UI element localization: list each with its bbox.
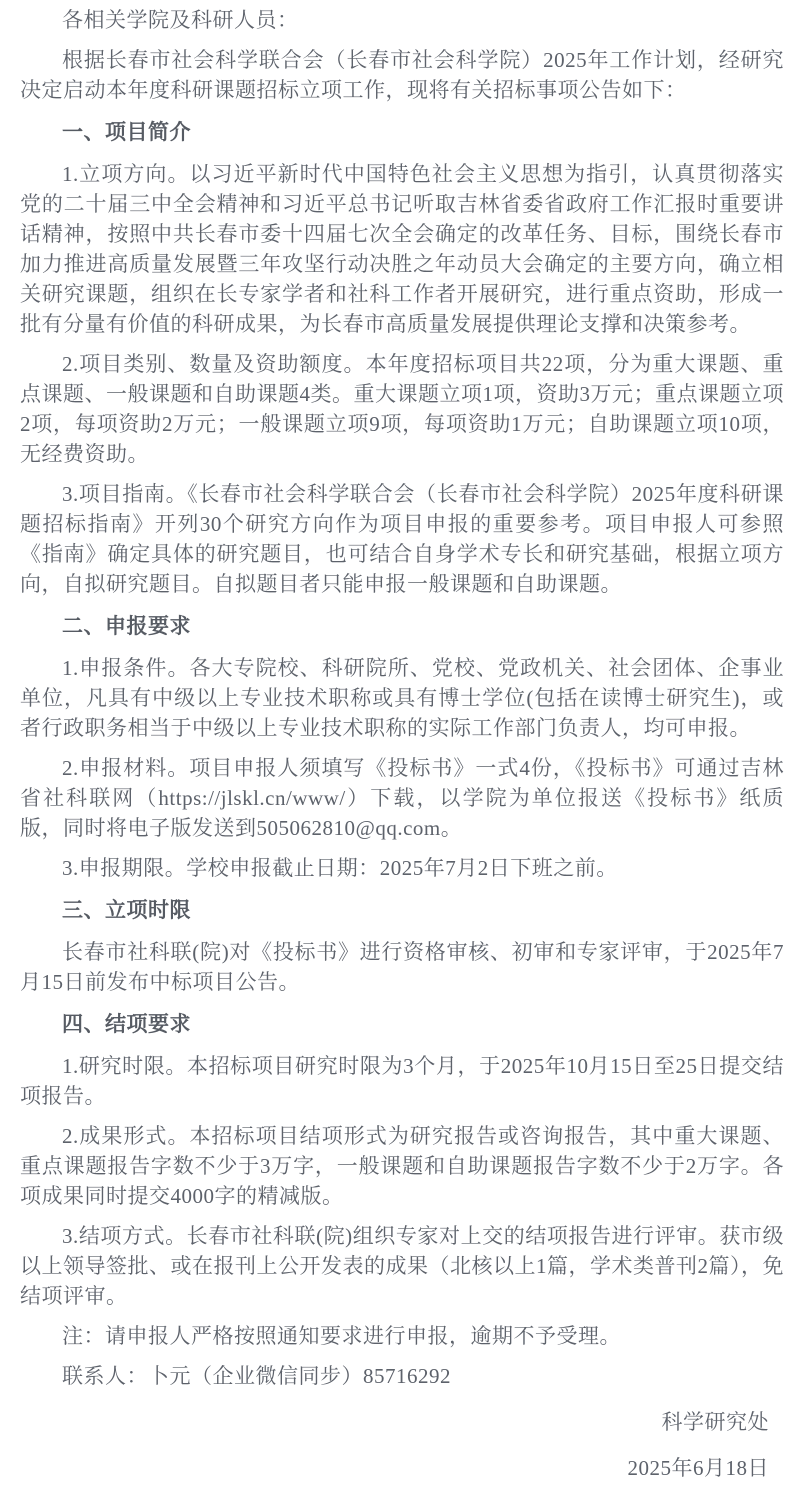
intro-paragraph: 根据长春市社会科学联合会（长春市社会科学院）2025年工作计划，经研究决定启动本… [20,45,784,105]
salutation: 各相关学院及科研人员： [20,5,784,35]
paragraph: 1.立项方向。以习近平新时代中国特色社会主义思想为指引，认真贯彻落实党的二十届三… [20,159,784,339]
paragraph: 长春市社科联(院)对《投标书》进行资格审核、初审和专家评审，于2025年7月15… [20,937,784,997]
section-heading: 四、结项要求 [20,1009,784,1039]
paragraph: 3.结项方式。长春市社科联(院)组织专家对上交的结项报告进行评审。获市级以上领导… [20,1221,784,1311]
section-heading: 三、立项时限 [20,895,784,925]
contact-line: 联系人：卜元（企业微信同步）85716292 [20,1361,784,1391]
paragraph: 1.研究时限。本招标项目研究时限为3个月，于2025年10月15日至25日提交结… [20,1051,784,1111]
paragraph: 3.申报期限。学校申报截止日期：2025年7月2日下班之前。 [20,853,784,883]
section-approval-timeline: 三、立项时限 长春市社科联(院)对《投标书》进行资格审核、初审和专家评审，于20… [20,895,784,997]
section-heading: 一、项目简介 [20,117,784,147]
paragraph: 2.项目类别、数量及资助额度。本年度招标项目共22项，分为重大课题、重点课题、一… [20,349,784,469]
section-project-overview: 一、项目简介 1.立项方向。以习近平新时代中国特色社会主义思想为指引，认真贯彻落… [20,117,784,599]
section-application-requirements: 二、申报要求 1.申报条件。各大专院校、科研院所、党校、党政机关、社会团体、企事… [20,611,784,883]
section-completion-requirements: 四、结项要求 1.研究时限。本招标项目研究时限为3个月，于2025年10月15日… [20,1009,784,1311]
signature-date: 2025年6月18日 [20,1453,784,1483]
paragraph: 2.申报材料。项目申报人须填写《投标书》一式4份，《投标书》可通过吉林省社科联网… [20,753,784,843]
notice-document: 各相关学院及科研人员： 根据长春市社会科学联合会（长春市社会科学院）2025年工… [0,0,804,1503]
paragraph: 3.项目指南。《长春市社会科学联合会（长春市社会科学院）2025年度科研课题招标… [20,479,784,599]
paragraph: 2.成果形式。本招标项目结项形式为研究报告或咨询报告，其中重大课题、重点课题报告… [20,1121,784,1211]
signature-department: 科学研究处 [20,1407,784,1437]
paragraph: 1.申报条件。各大专院校、科研院所、党校、党政机关、社会团体、企事业单位，凡具有… [20,653,784,743]
note-paragraph: 注：请申报人严格按照通知要求进行申报，逾期不予受理。 [20,1321,784,1351]
section-heading: 二、申报要求 [20,611,784,641]
